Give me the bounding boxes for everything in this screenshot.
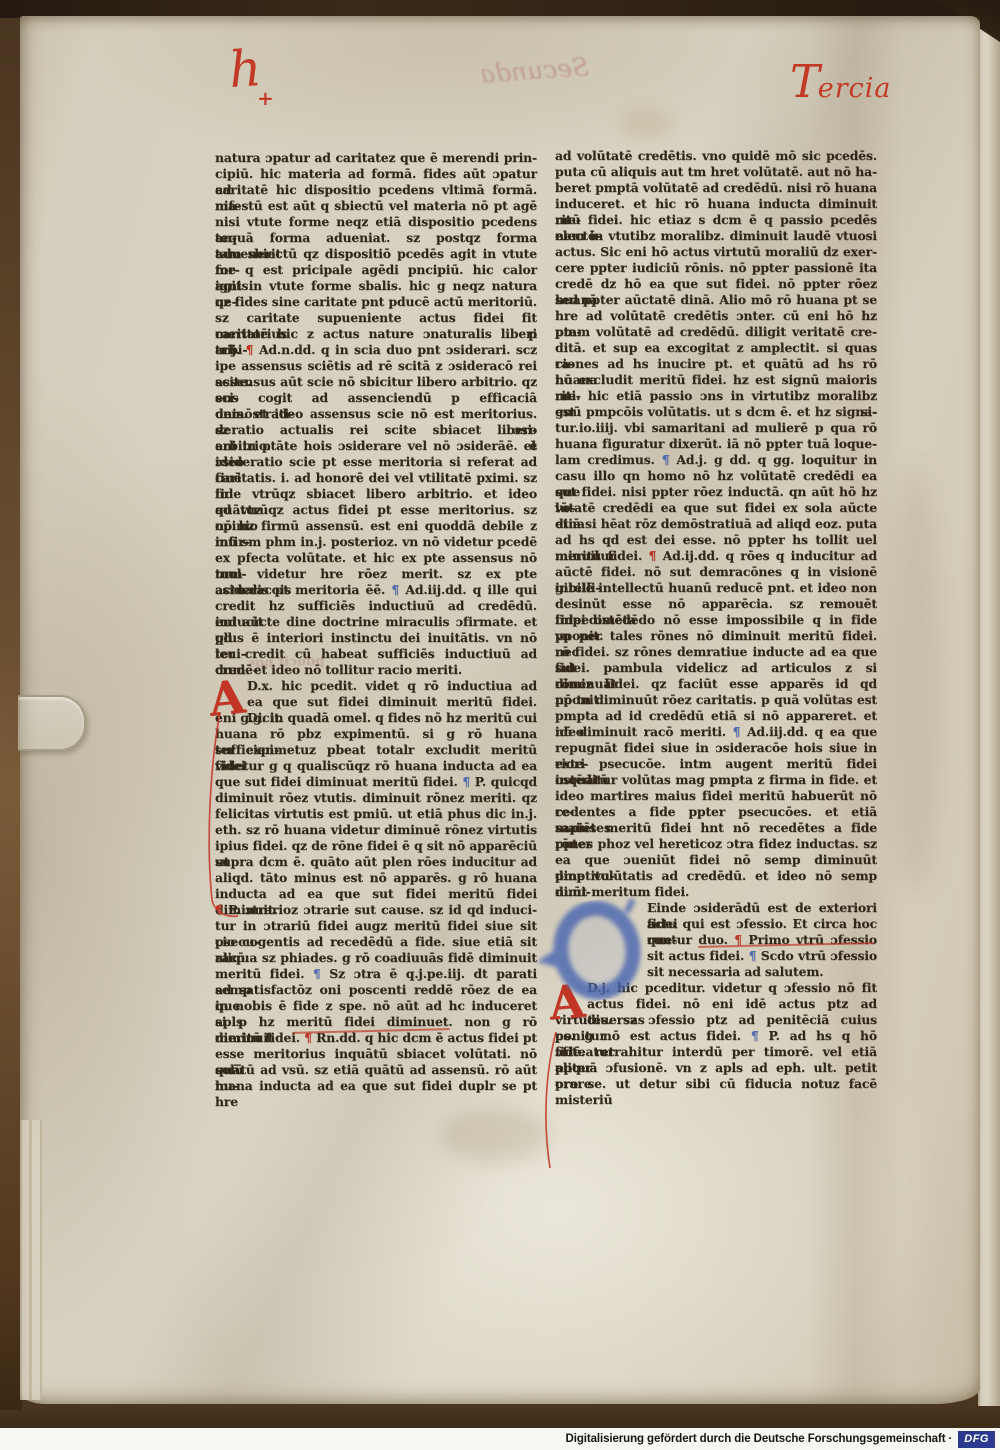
text-line: etiā si hēat rōz demōstratiuā ad aliqd e…	[555, 516, 877, 532]
text-line: desinūt esse nō apparēcia. sz remouēt im…	[555, 596, 877, 612]
text-line: ex pfecta volūtate. et hic ex pte assens…	[215, 550, 537, 566]
paragraph-mark-red: ¶	[215, 902, 223, 917]
text-line: beret pmptā volūtatē ad credēdū. nisi rō…	[555, 180, 877, 196]
text-line: nem in vtutibz moralibz. diminuit laudē …	[555, 228, 877, 244]
text-line: sut fidei. nisi ppter rōez inductā. qn a…	[555, 484, 877, 500]
text-line: caritatis. i. ad honorē dei vel vtilitat…	[215, 470, 537, 486]
text-line: fidē. retrahitur interdū per timorē. vel…	[555, 1044, 877, 1060]
leaf-stack-edges	[20, 1120, 46, 1400]
text-line: rōnez fidei. qz faciūt esse apparēs id q…	[555, 676, 877, 692]
text-line: tum videtur hre rōez merit. sz ex pte ɔs…	[215, 566, 537, 582]
digitization-credit-bar: Digitalisierung gefördert durch die Deut…	[0, 1428, 1000, 1450]
text-line: cio cogentis ad recedēdū a fide. siue et…	[215, 934, 537, 950]
text-line: lam credimus. ¶ Ad.j. g dd. q gg. loquit…	[555, 452, 877, 468]
text-line: eni aūcte dine doctrine miraculis ɔfirma…	[215, 614, 537, 630]
text-column-left: natura ɔpatur ad caritatez que ē merendi…	[215, 150, 537, 1094]
text-line: dum. et ideo nō tollitur racio meriti.	[215, 662, 537, 678]
text-line: fidei ostēdēdo nō esse impossibile q in …	[555, 612, 877, 628]
text-line: videtur g q qualiscūqz rō huana inducta …	[215, 758, 537, 774]
text-line: aliquā ɔfusionē. vn z apls ad eph. ult. …	[555, 1060, 877, 1076]
text-line: supra dcm ē. quāto aūt plen rōes inducit…	[215, 854, 537, 870]
text-line: cere ppter iudiciū rōnis. nō ppter passi…	[555, 260, 877, 276]
paragraph-mark-red: ¶	[246, 342, 254, 357]
text-line: nifestū est aūt q sbiectū vel materia nō…	[215, 198, 537, 214]
text-line: rōnes phoz vel hereticoz ɔtra fidez indu…	[555, 836, 877, 852]
quire-mark-cross: +	[257, 86, 274, 110]
text-line: ens cogit ad assenciendū p efficaciā dem…	[215, 390, 537, 406]
text-line: huana rō pbz expimentū. si g rō huana su…	[215, 726, 537, 742]
paragraph-mark-red: ¶	[649, 548, 657, 563]
text-line: diminuit rōez vtutis. diminuit rōnez mer…	[215, 790, 537, 806]
text-line: eth. sz rō huana videtur diminuē rōnez v…	[215, 822, 537, 838]
text-line: D.x. hic pcedit. videt q rō inductiua ad	[215, 678, 537, 694]
text-line: fidei. pambula videlicz ad articulos z s…	[555, 660, 877, 676]
credit-text: Digitalisierung gefördert durch die Deut…	[566, 1433, 953, 1445]
text-line: esse meritorius inquātū sbiacet volūtati…	[215, 1046, 537, 1062]
text-line: quātū ad vsū. sz etiā quātū ad assensū. …	[215, 1062, 537, 1078]
text-line: ad vtrūqz actus fidei pt esse meritorius…	[215, 502, 537, 518]
text-line: ipius fidei. qz de rōne fidei ē q sit nō…	[215, 838, 537, 854]
text-line: maius meritū fidei hnt nō recedētes a fi…	[555, 820, 877, 836]
text-line: fide vtrūqz sbiacet libero arbitrio. et …	[215, 486, 537, 502]
text-line: mana inducta ad ea que sut fidei duplr s…	[215, 1078, 537, 1094]
text-line: actualis pt meritoria ēē. ¶ Ad.iij.dd. q…	[215, 582, 537, 598]
text-line: pro se. ut detur sibi cū fiducia notuz f…	[555, 1076, 877, 1092]
text-line: felicitas virtutis est pmiū. ut etiā phu…	[215, 806, 537, 822]
text-line: caritatē hic z actus nature ɔnaturalis l…	[215, 326, 537, 342]
text-line: riti. hic etiā passio ɔns in virtutibz m…	[555, 388, 877, 404]
paragraph-mark-blue: ¶	[391, 582, 399, 597]
text-line: credit hz sufficiēs inductiuū ad credēdū…	[215, 598, 537, 614]
text-line: in nobis ē fide z spe. nō aūt ad hc indu…	[215, 998, 537, 1014]
text-line: onis. et ideo assensus scie nō est merit…	[215, 406, 537, 422]
text-line: aliqua sz phiades. g rō coadiuuās fidē d…	[215, 950, 537, 966]
text-line: tur in ɔtrariū fidei augz meritū fidei s…	[215, 918, 537, 934]
text-line: cedentes a fide ppter psecucōes. et etiā…	[555, 804, 877, 820]
text-line: eni in ptāte hois ɔsiderare vel nō ɔside…	[215, 438, 537, 454]
text-line: pmpta ad id credēdū etiā si nō appareret…	[555, 708, 877, 724]
text-line: aliqd. tāto minus est nō apparēs. g rō h…	[215, 870, 537, 886]
paragraph-mark-blue: ¶	[751, 1028, 759, 1043]
text-line: riori psecucōe. intm augent meritū fidei…	[555, 756, 877, 772]
text-line: deratio actualis rei scite sbiacet liber…	[215, 422, 537, 438]
text-line: virtutes. sz ɔfessio ptz ad penitēciā cu…	[555, 1012, 877, 1028]
text-line: sz caritate supueniente actus fidei fit …	[215, 310, 537, 326]
text-line: gnū pmpcōis volūtatis. ut s dcm ē. et hz…	[555, 404, 877, 420]
text-line: ditā. et sup ea excogitat z amplectit. s…	[555, 340, 877, 356]
text-line: nō tn diminuūt rōez caritatis. p quā vol…	[555, 692, 877, 708]
text-line: ipe assensus sciētis ad rē scitā z ɔside…	[215, 358, 537, 374]
text-line: nō diminuit racō meriti. ¶ Ad.iij.dd. q …	[555, 724, 877, 740]
underlying-leaf-edge	[978, 10, 1000, 1406]
text-line: dine volūtatis ad credēdū. et ideo nō se…	[555, 868, 877, 884]
running-title: Tercia	[790, 56, 891, 108]
text-line: vn per tales rōnes nō diminuit meritū fi…	[555, 628, 877, 644]
text-line: nō hz firmū assensū. est eni quoddā debi…	[215, 518, 537, 534]
text-line: agit in vtute forme sbalis. hic g neqz n…	[215, 278, 537, 294]
text-line: que sut fidei diminuat meritū fidei. ¶ P…	[215, 774, 537, 790]
text-line: ad satisfactōz oni poscenti reddē rōez d…	[215, 982, 537, 998]
text-line: ideo martires maius fidei meritū habuerū…	[555, 788, 877, 804]
text-line: huana figuratur dixerūt. iā nō ppter tuā…	[555, 436, 877, 452]
text-line: inducta ad ea que sut fidei meritū fidei…	[215, 886, 537, 902]
text-line: casu illo qn homo nō hz volūtatē credēdi…	[555, 468, 877, 484]
text-line: sed ppter aūctatē dinā. Alio mō rō huana…	[555, 292, 877, 308]
text-line: nisi vtute forme neqz etiā dispositio pc…	[215, 214, 537, 230]
chapter-initial-d-blue	[527, 894, 654, 1007]
text-line: eni g.g. in quadā omel. q fides nō hz me…	[215, 710, 537, 726]
text-line: trij. ¶ Ad.n.dd. q in scia duo pnt ɔside…	[215, 342, 537, 358]
text-line: ter expimetuz pbeat totalr excludit meri…	[215, 742, 537, 758]
text-line: natura ɔpatur ad caritatez que ē merendi…	[215, 150, 537, 166]
paragraph-mark-blue: ¶	[749, 948, 757, 963]
text-line: caritatē hic dispositio pcedens vltimā f…	[215, 182, 537, 198]
text-line: tequā forma adueniat. sz postqz forma ad…	[215, 230, 537, 246]
text-line: plus ē interiori instinctu dei inuitātis…	[215, 630, 537, 646]
text-line: si p hz meritū fidei diminuet. non g rō …	[215, 1014, 537, 1030]
paragraph-mark-blue: ¶	[313, 966, 321, 981]
dfg-logo: DFG	[958, 1431, 995, 1448]
text-line: lūtatē credēdi ea que sut fidei ex sola …	[555, 500, 877, 516]
text-line: meritū fidei. ¶ Rn.dd. q hic dcm ē actus…	[215, 1030, 537, 1046]
text-line: ps. g nō est actus fidei. ¶ P. ad hs q h…	[555, 1028, 877, 1044]
text-line: ea que ɔueniūt fidei nō semp diminuūt pm…	[555, 852, 877, 868]
text-line: rō fidei. sz rōnes demratiue inducte ad …	[555, 644, 877, 660]
text-line: meritū fidei. ¶ Sz ɔtra ē q.j.pe.iij. dt…	[215, 966, 537, 982]
text-line: cipiū. hic materia ad formā. fides aūt ɔ…	[215, 166, 537, 182]
manuscript-scan: h + Secunda Tercia pducit nos natura ɔpa…	[0, 0, 1000, 1450]
text-line: ptam volūtatē ad credēdū. diligit verita…	[555, 324, 877, 340]
text-line: ɔsideratio scie pt esse meritoria si ref…	[215, 454, 537, 470]
text-line: ad hs qd est dei esse. nō ppter hs tolli…	[555, 532, 877, 548]
text-line: credē dz hō ea que sut fidei. nō ppter r…	[555, 276, 877, 292]
rubric-initial-a-left: A	[207, 676, 247, 720]
paragraph-mark-blue: ¶	[662, 452, 670, 467]
text-line: ciones ad hs inucire pt. et quātū ad hs …	[555, 356, 877, 372]
text-line: mū sm phm in.j. posterioz. vn nō videtur…	[215, 534, 537, 550]
text-line: me q est pricipale agēdi pncipiū. hic ca…	[215, 262, 537, 278]
text-line: assensus aūt scie nō sbicitur libero arb…	[215, 374, 537, 390]
text-line: ¶ P. ɔtrarioz ɔtrarie sut cause. sz id q…	[215, 902, 537, 918]
text-line: tam sbiectū qz dispositiō pcedēs agit in…	[215, 246, 537, 262]
text-line: qz fides sine caritate pnt pducē actū me…	[215, 294, 537, 310]
text-line: ad volūtatē credētis. vno quidē mō sic p…	[555, 148, 877, 164]
text-line: ritū fidei. hic etiaz s dcm ē q passio p…	[555, 212, 877, 228]
text-line: induceret. et hic rō huana inducta dimin…	[555, 196, 877, 212]
paragraph-mark-blue: ¶	[462, 774, 470, 789]
page-holder-clip	[18, 695, 86, 751]
text-line: gibilē intellectū huanū reducē pnt. et i…	[555, 580, 877, 596]
text-line: nuūt meritum fidei.	[555, 884, 877, 900]
text-line: nō excludit meritū fidei. hz est signū m…	[555, 372, 877, 388]
text-line: tur.io.iiij. vbi samaritani ad mulierē p…	[555, 420, 877, 436]
text-line: repugnāt fidei siue in ɔsideracōe hois s…	[555, 740, 877, 756]
text-line: aūctē fidei. nō sut demracōnes q in visi…	[555, 564, 877, 580]
text-line: puta cū aliquis aut tm hret volūtatē. au…	[555, 164, 877, 180]
text-line: ostēditur volūtas mag pmpta z firma in f…	[555, 772, 877, 788]
text-line: ea que sut fidei diminuit meritū fidei. …	[215, 694, 537, 710]
paragraph-mark-blue: ¶	[733, 724, 741, 739]
text-line: hre ad volūtatē credētis ɔnter. cū eni h…	[555, 308, 877, 324]
text-line: ter credit cū habeat sufficiēs inductiuū…	[215, 646, 537, 662]
text-line: meritū fidei. ¶ Ad.ij.dd. q rōes q induc…	[555, 548, 877, 564]
text-line: actus. Sic eni hō actus virtutū moraliū …	[555, 244, 877, 260]
